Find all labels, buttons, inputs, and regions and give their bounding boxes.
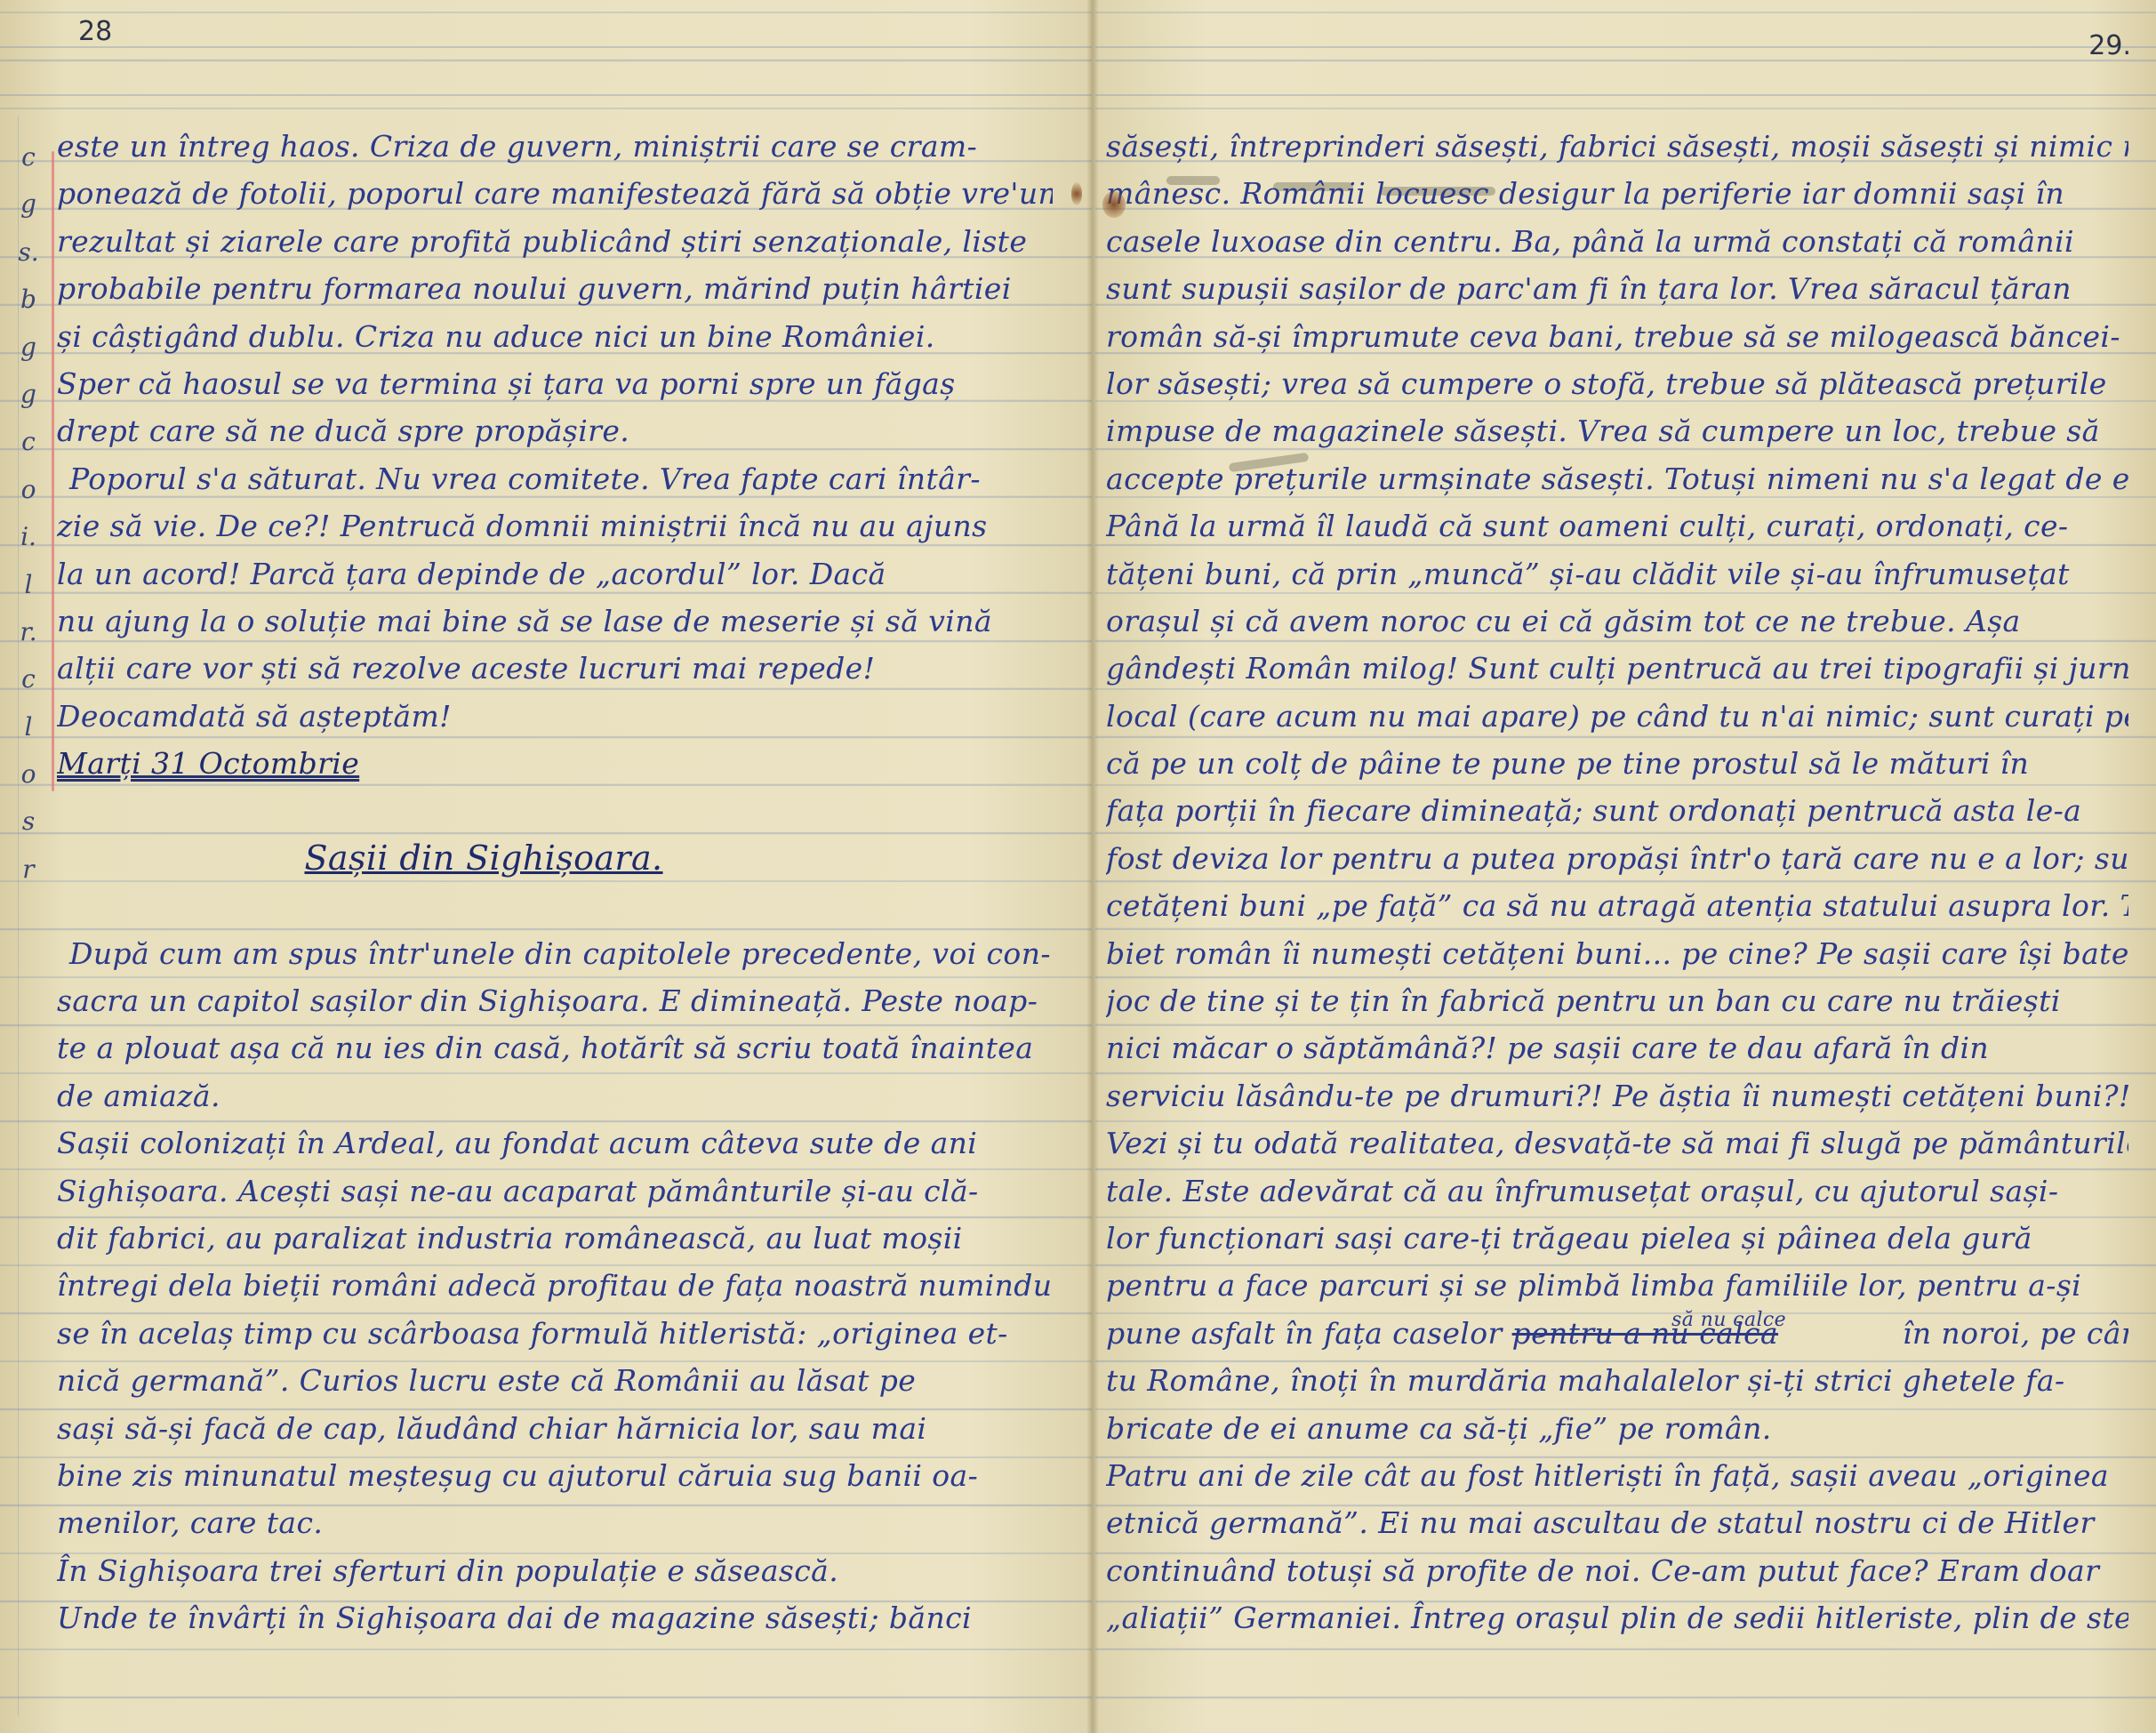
blank-line (57, 882, 1053, 929)
margin-letter: b (12, 276, 44, 323)
page-number-left: 28 (78, 16, 112, 47)
text-line: orașul și că avem noroc cu ei că găsim t… (1106, 598, 2128, 645)
text-line: tu Române, înoți în murdăria mahalalelor… (1106, 1357, 2128, 1404)
red-margin-line (52, 151, 54, 791)
text-line: bricate de ei anume ca să-ți „fie” pe ro… (1106, 1405, 2128, 1452)
text-line: bine zis minunatul meșteșug cu ajutorul … (57, 1452, 1053, 1499)
blank-line (57, 787, 1053, 834)
page-number-right: 29. (2088, 30, 2131, 61)
margin-letter: c (12, 133, 44, 181)
text-line: Vezi și tu odată realitatea, desvață-te … (1106, 1119, 2128, 1167)
margin-letter: c (12, 655, 44, 702)
text-segment: pune asfalt în fața caselor (1106, 1316, 1512, 1351)
right-page-text: săsești, întreprinderi săsești, fabrici … (1106, 123, 2128, 1642)
ink-stain (1102, 191, 1126, 218)
text-line: Patru ani de zile cât au fost hitleriști… (1106, 1452, 2128, 1499)
text-line: Sașii colonizați în Ardeal, au fondat ac… (57, 1119, 1053, 1167)
right-page-header-area (1095, 0, 2156, 114)
text-line: biet român îi numești cetățeni buni... p… (1106, 930, 2128, 977)
right-page: 29. săsești, întreprinderi săsești, fabr… (1095, 0, 2156, 1733)
text-line: dit fabrici, au paralizat industria româ… (57, 1215, 1053, 1262)
text-line: sași să-și facă de cap, lăudând chiar hă… (57, 1405, 1053, 1452)
text-line: Unde te învârți în Sighișoara dai de mag… (57, 1594, 1053, 1641)
margin-letter: s (12, 798, 44, 845)
text-line: menilor, care tac. (57, 1499, 1053, 1546)
margin-letter: o (12, 466, 44, 513)
text-line: fața porții în fiecare dimineață; sunt o… (1106, 787, 2128, 834)
left-page: 28 c g s. b g g c o i. l r. c l o s r es… (0, 0, 1092, 1733)
text-line: accepte prețurile urmșinate săsești. Tot… (1106, 455, 2128, 502)
inserted-correction: să nu calce (1671, 1310, 1786, 1331)
chapter-title: Sașii din Sighișoara. (57, 835, 1053, 882)
text-line: tale. Este adevărat că au înfrumusețat o… (1106, 1167, 2128, 1215)
text-line: săsești, întreprinderi săsești, fabrici … (1106, 123, 2128, 170)
text-line: etnică germană”. Ei nu mai ascultau de s… (1106, 1499, 2128, 1546)
text-line: local (care acum nu mai apare) pe când t… (1106, 693, 2128, 740)
text-line: joc de tine și te țin în fabrică pentru … (1106, 977, 2128, 1024)
margin-letter: i. (12, 513, 44, 560)
text-line: nici măcar o săptămână?! pe sașii care t… (1106, 1024, 2128, 1071)
text-line: de amiază. (57, 1072, 1053, 1119)
text-segment: în noroi, pe când (1893, 1316, 2128, 1351)
text-line: probabile pentru formarea noului guvern,… (57, 265, 1053, 312)
text-line: alții care vor ști să rezolve aceste luc… (57, 645, 1053, 692)
notebook-spread: 28 c g s. b g g c o i. l r. c l o s r es… (0, 0, 2156, 1733)
margin-letter: o (12, 750, 44, 798)
text-line: pentru a face parcuri și se plimbă limba… (1106, 1262, 2128, 1309)
text-line: lor funcționari sași care-ți trăgeau pie… (1106, 1215, 2128, 1262)
text-line: sacra un capitol sașilor din Sighișoara.… (57, 977, 1053, 1024)
text-line: sunt supușii sașilor de parc'am fi în ța… (1106, 265, 2128, 312)
left-page-text: este un întreg haos. Criza de guvern, mi… (57, 123, 1053, 1642)
text-line: serviciu lăsându-te pe drumuri?! Pe ăști… (1106, 1072, 2128, 1119)
text-line: nu ajung la o soluție mai bine să se las… (57, 598, 1053, 645)
date-heading: Marți 31 Octombrie (57, 740, 1053, 787)
text-line: După cum am spus într'unele din capitole… (57, 930, 1053, 977)
text-line: rezultat și ziarele care profită publicâ… (57, 218, 1053, 265)
text-line: cetățeni buni „pe față” ca să nu atragă … (1106, 882, 2128, 929)
text-line: zie să vie. De ce?! Pentrucă domnii mini… (57, 502, 1053, 550)
text-line: casele luxoase din centru. Ba, până la u… (1106, 218, 2128, 265)
text-line: român să-și împrumute ceva bani, trebue … (1106, 313, 2128, 360)
ink-stain (1071, 182, 1082, 205)
margin-letter: l (12, 561, 44, 608)
text-line: Sper că haosul se va termina și țara va … (57, 360, 1053, 407)
margin-letter: r (12, 846, 44, 893)
text-line: gândești Român milog! Sunt culți pentruc… (1106, 645, 2128, 692)
text-line: impuse de magazinele săsești. Vrea să cu… (1106, 407, 2128, 454)
margin-letter: g (12, 324, 44, 371)
margin-letter: r. (12, 608, 44, 655)
text-line: și câștigând dublu. Criza nu aduce nici … (57, 313, 1053, 360)
text-line: lor săsești; vrea să cumpere o stofă, tr… (1106, 360, 2128, 407)
left-page-header-area (0, 0, 1092, 114)
text-line-with-correction: pune asfalt în fața caselor pentru a nu … (1106, 1310, 2128, 1357)
margin-annotations: c g s. b g g c o i. l r. c l o s r (12, 133, 44, 893)
text-line: drept care să ne ducă spre propășire. (57, 407, 1053, 454)
text-line: este un întreg haos. Criza de guvern, mi… (57, 123, 1053, 170)
text-line: tățeni buni, că prin „muncă” și-au clădi… (1106, 550, 2128, 598)
text-line: întregi dela bieții români adecă profita… (57, 1262, 1053, 1309)
text-line: În Sighișoara trei sferturi din populați… (57, 1547, 1053, 1594)
text-line: la un acord! Parcă țara depinde de „acor… (57, 550, 1053, 598)
text-line: Sighișoara. Acești sași ne-au acaparat p… (57, 1167, 1053, 1215)
text-line: te a plouat așa că nu ies din casă, hotă… (57, 1024, 1053, 1071)
text-line: mânesc. Românii locuesc desigur la perif… (1106, 170, 2128, 217)
margin-letter: g (12, 181, 44, 228)
margin-letter: c (12, 418, 44, 465)
text-line: continuând totuși să profite de noi. Ce-… (1106, 1547, 2128, 1594)
text-line: nică germană”. Curios lucru este că Româ… (57, 1357, 1053, 1404)
text-line: Până la urmă îl laudă că sunt oameni cul… (1106, 502, 2128, 550)
margin-letter: l (12, 703, 44, 750)
text-line: ponează de fotolii, poporul care manifes… (57, 170, 1053, 217)
margin-letter: g (12, 371, 44, 418)
text-line: Poporul s'a săturat. Nu vrea comitete. V… (57, 455, 1053, 502)
margin-letter: s. (12, 229, 44, 276)
text-line: fost deviza lor pentru a putea propăși î… (1106, 835, 2128, 882)
text-line: se în acelaș timp cu scârboasa formulă h… (57, 1310, 1053, 1357)
text-line: Deocamdată să așteptăm! (57, 693, 1053, 740)
text-line: „aliații” Germaniei. Întreg orașul plin … (1106, 1594, 2128, 1641)
text-line: că pe un colț de pâine te pune pe tine p… (1106, 740, 2128, 787)
